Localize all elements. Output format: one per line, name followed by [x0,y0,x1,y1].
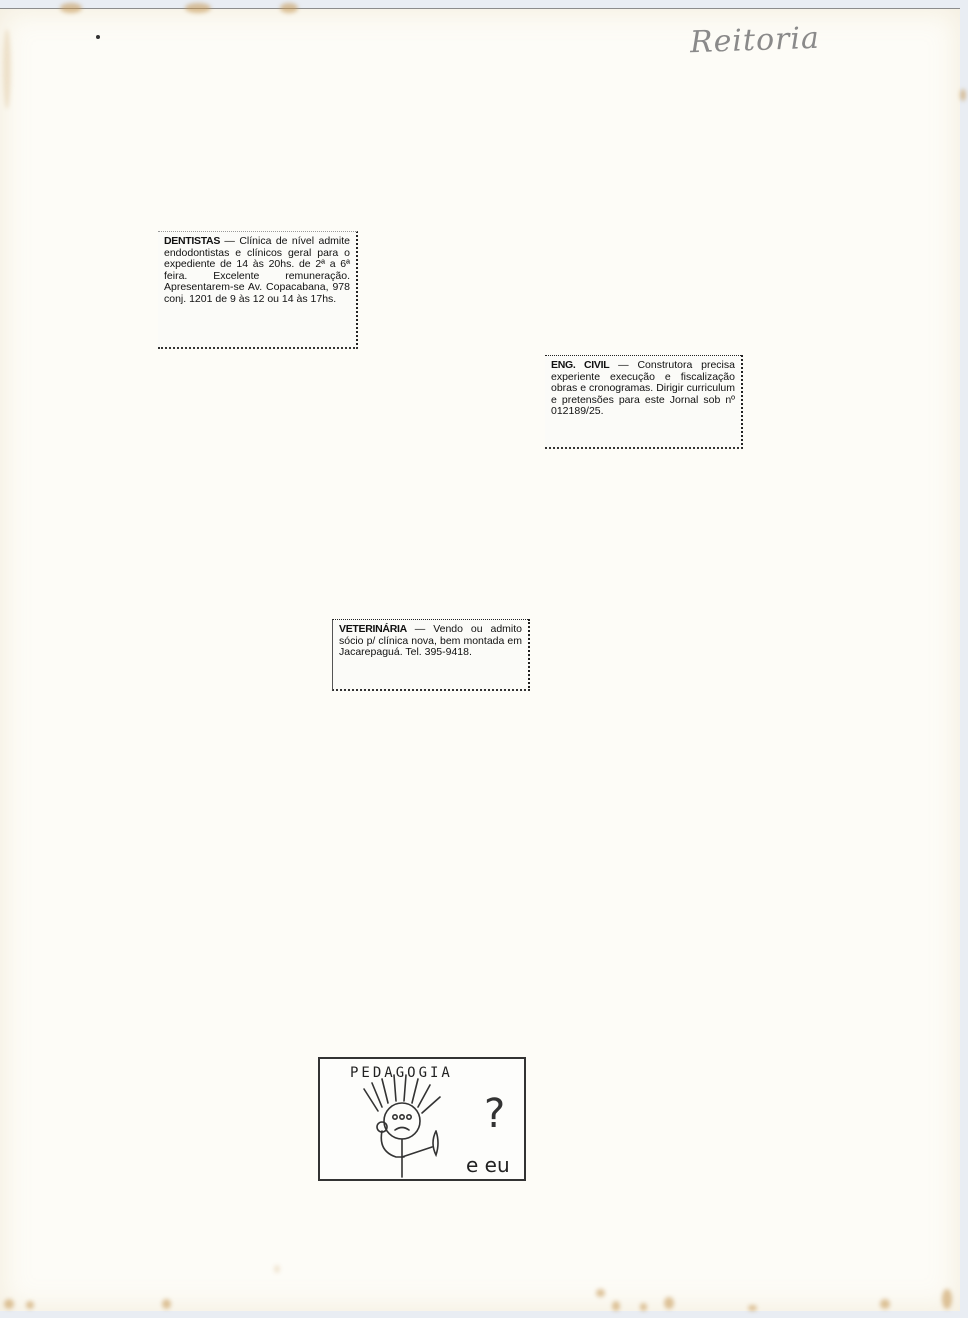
stain [280,3,298,13]
scanned-page: Reitoria DENTISTAS — Clínica de nível ad… [0,8,960,1311]
clipping-heading: DENTISTAS [164,235,220,247]
clipping-heading: ENG. CIVIL [551,359,609,371]
clipping-heading: VETERINÁRIA [339,623,407,635]
stain [185,3,211,13]
clipping-eng-civil: ENG. CIVIL — Construtora precisa experie… [545,355,743,449]
stain [664,1297,674,1309]
stain [748,1305,757,1311]
stain [162,1299,171,1309]
ink-dot [96,35,100,39]
cartoon-caption: e eu [466,1153,510,1177]
stain [880,1299,890,1309]
stain [942,1289,952,1309]
stain [60,3,82,13]
pedagogia-cartoon: PEDAGOGIA ? e eu [318,1057,526,1181]
stain [3,29,11,109]
stain [26,1301,34,1309]
cartoon-title: PEDAGOGIA [350,1065,453,1081]
clipping-veterinaria: VETERINÁRIA — Vendo ou admito sócio p/ c… [332,619,530,691]
handwritten-annotation: Reitoria [689,21,820,61]
stain [4,1299,14,1309]
stain [596,1289,605,1297]
stain [960,89,966,101]
stain [612,1301,620,1311]
stain [640,1303,647,1311]
question-mark: ? [484,1091,505,1137]
stain [274,1265,280,1273]
clipping-dentistas: DENTISTAS — Clínica de nível admite endo… [158,231,358,349]
